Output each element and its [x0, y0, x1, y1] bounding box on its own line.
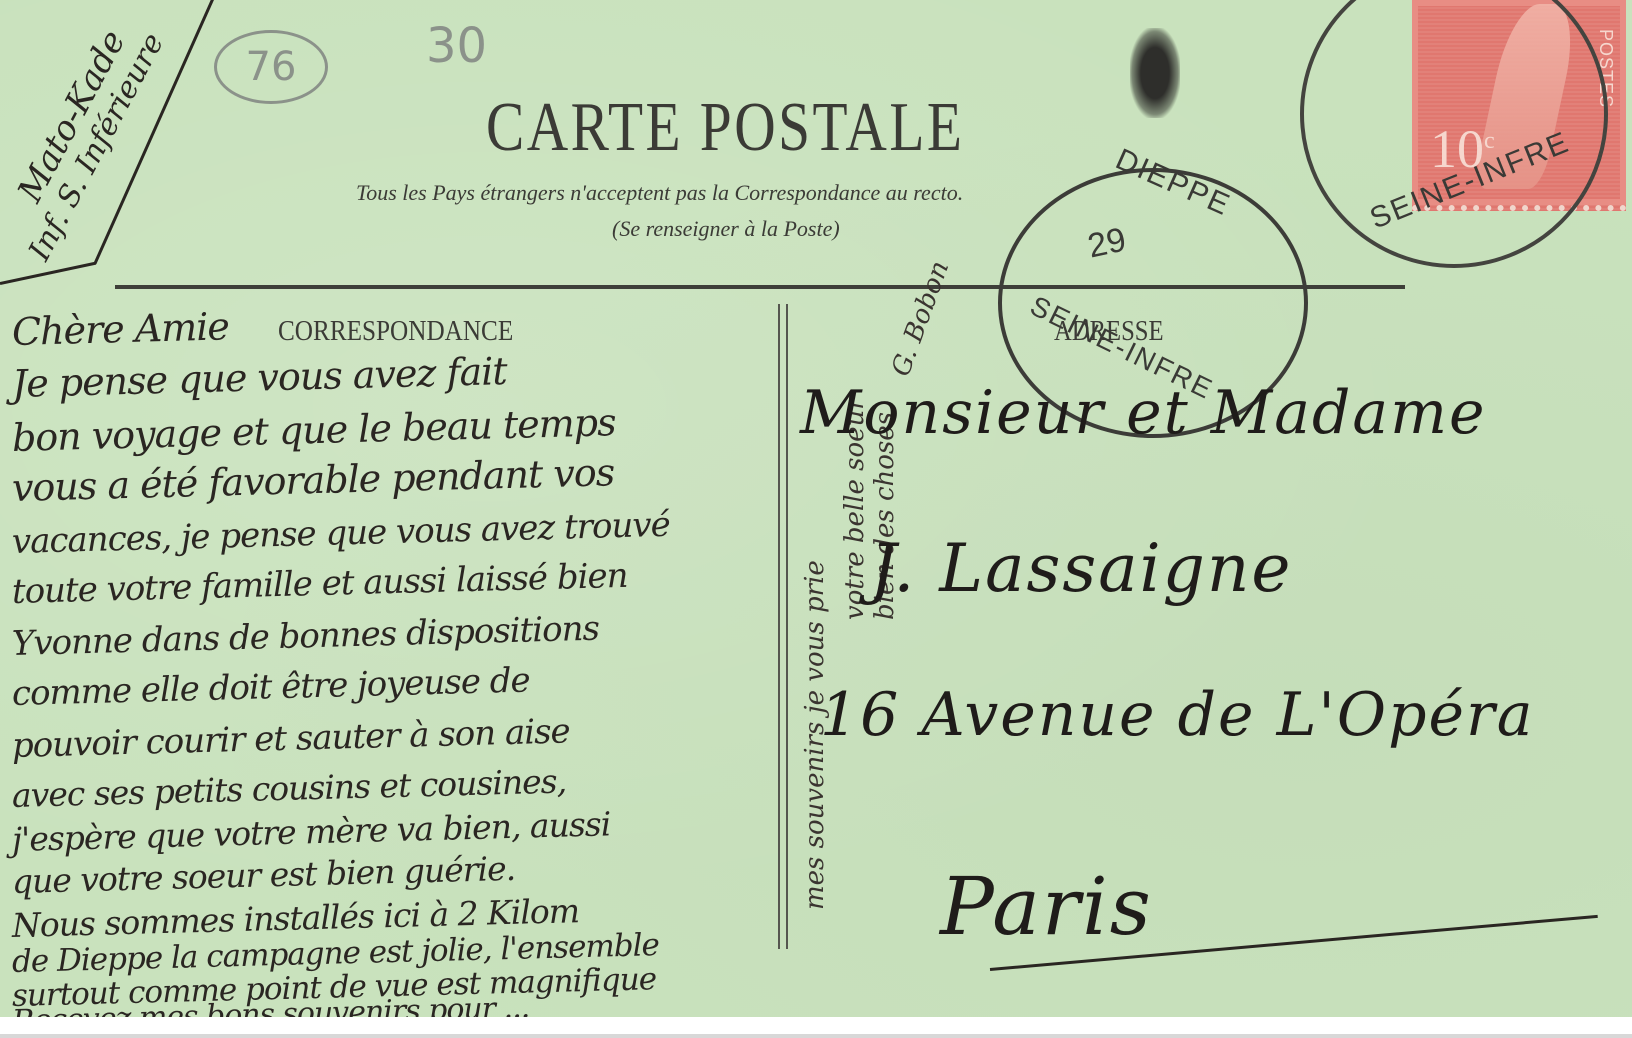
postmark-day: 29 [1084, 220, 1129, 266]
address-line-3: 16 Avenue de L'Opéra [820, 680, 1534, 750]
letter-line: bon voyage et que le beau temps [11, 400, 616, 460]
letter-line: comme elle doit être joyeuse de [11, 660, 530, 714]
center-divider-left [778, 304, 780, 949]
card-title: CARTE POSTALE [486, 88, 964, 168]
letter-line: toute votre famille et aussi laissé bien [11, 556, 627, 612]
correspondence-label: CORRESPONDANCE [278, 316, 513, 348]
ink-blot [1130, 28, 1180, 118]
letter-line: vous a été favorable pendant vos [11, 450, 614, 510]
center-divider-right [786, 304, 788, 949]
postmark-region: SEINE-INFRE [1365, 126, 1574, 237]
pencil-circled-number: 76 [214, 30, 328, 104]
foreign-notice: Tous les Pays étrangers n'acceptent pas … [356, 180, 963, 206]
corner-box-bottom [0, 262, 96, 285]
postmark-town: DIEPPE [1110, 143, 1235, 224]
scan-bottom-edge [0, 1034, 1632, 1038]
address-line-4: Paris [940, 860, 1153, 953]
postmark-stamp-right: SEINE-INFRE [1300, 0, 1608, 268]
address-line-2: J. Lassaigne [870, 530, 1292, 607]
pencil-number: 30 [426, 18, 487, 74]
letter-line: Chère Amie [11, 304, 229, 354]
letter-line: Je pense que vous avez fait [11, 349, 507, 406]
letter-line: Yvonne dans de bonnes dispositions [11, 609, 599, 664]
letter-line: pouvoir courir et sauter à son aise [11, 711, 570, 766]
postcard-back: 10c POSTES SEINE-INFRE CARTE POSTALE Tou… [0, 0, 1632, 1017]
address-line-1: Monsieur et Madame [800, 378, 1487, 448]
letter-line: vacances, je pense que vous avez trouvé [11, 505, 670, 562]
post-office-notice: (Se renseigner à la Poste) [612, 216, 840, 242]
signature-vertical: G. Bobon [886, 257, 955, 380]
circled-number-text: 76 [246, 44, 297, 90]
